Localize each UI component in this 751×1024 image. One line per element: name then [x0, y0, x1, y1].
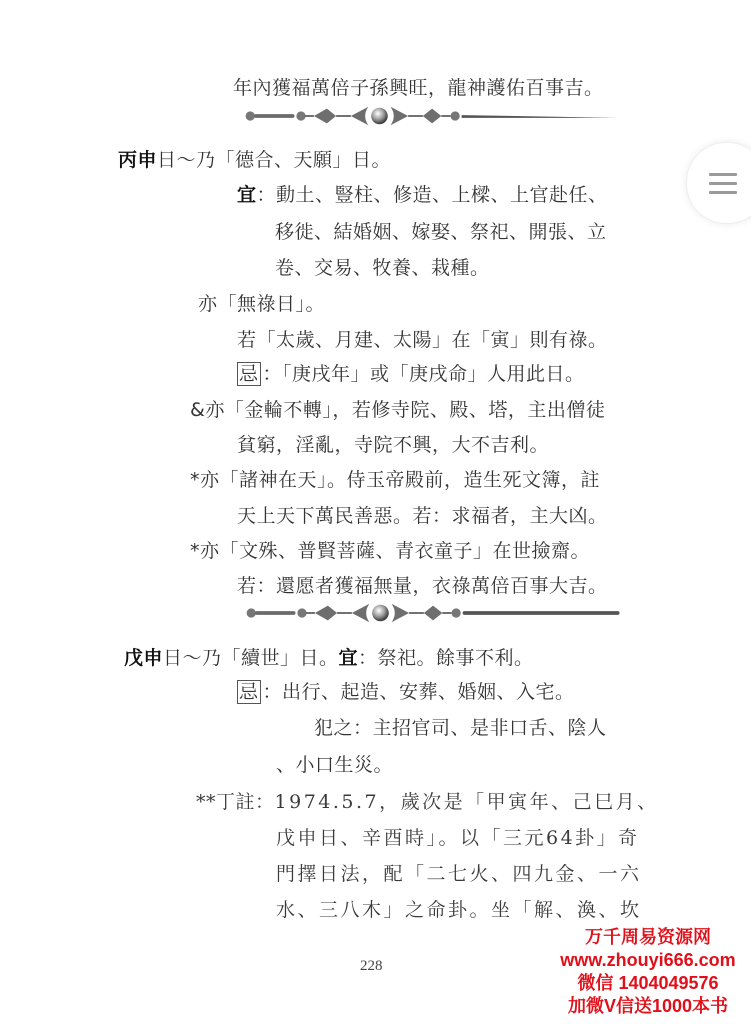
ornamental-divider-icon	[234, 601, 634, 625]
note-line-4: 水、三八木」之命卦。坐「解、渙、坎	[276, 898, 642, 922]
note-label: **丁註：	[196, 791, 275, 813]
also-line: 亦「無祿日」。	[198, 292, 325, 316]
ornamental-divider-icon	[228, 104, 638, 128]
yi-label: 宜	[339, 647, 359, 669]
amp-line-1: &亦「金輪不轉」，若修寺院、殿、塔，主出僧徒	[190, 398, 605, 422]
note-line-1: **丁註：1974.5.7，歲次是「甲寅年、己巳月、	[196, 790, 659, 814]
star1-line-2: 天上天下萬民善惡。若：求福者，主大凶。	[237, 504, 608, 528]
yi-label: 宜	[237, 184, 257, 206]
fan-line-2: 、小口生災。	[276, 753, 393, 777]
note-line-2: 戊申日、辛酉時」。以「三元64卦」奇	[276, 826, 640, 850]
yi-line-1: 宜：動土、豎柱、修造、上樑、上官赴任、	[237, 183, 608, 207]
yi-line-2: 移徙、結婚姻、嫁娶、祭祀、開張、立	[275, 220, 607, 244]
watermark-line: www.zhouyi666.com	[545, 949, 751, 972]
note-line-3: 門擇日法，配「二七火、四九金、一六	[276, 862, 642, 886]
ruo-line: 若「太歲、月建、太陽」在「寅」則有祿。	[237, 328, 608, 352]
heading-ganzhi: 丙申	[118, 149, 157, 171]
heading-text: 日～乃「續世」日。	[163, 647, 339, 669]
watermark-line: 微信 1404049576	[545, 972, 751, 995]
amp-line-2: 貧窮，淫亂，寺院不興，大不吉利。	[237, 433, 549, 457]
heading-ganzhi: 戊申	[124, 647, 163, 669]
note-text: 1974.5.7，歲次是「甲寅年、己巳月、	[275, 791, 659, 813]
section-heading-wushen: 戊申日～乃「續世」日。宜：祭祀。餘事不利。	[124, 646, 534, 670]
ji-text: ：出行、起造、安葬、婚姻、入宅。	[263, 681, 575, 703]
yi-text: ：動土、豎柱、修造、上樑、上官赴任、	[257, 184, 608, 206]
yi-text: ：祭祀。餘事不利。	[358, 647, 534, 669]
top-line: 年內獲福萬倍子孫興旺，龍神護佑百事吉。	[233, 76, 604, 100]
watermark: 万千周易资源网 www.zhouyi666.com 微信 1404049576 …	[545, 926, 751, 1018]
star2-line-2: 若：還愿者獲福無量，衣祿萬倍百事大吉。	[237, 574, 608, 598]
menu-button[interactable]	[686, 142, 751, 224]
ji-line: 忌：「庚戌年」或「庚戌命」人用此日。	[237, 362, 585, 386]
ji-label: 忌	[237, 362, 261, 386]
ji-label: 忌	[237, 680, 261, 704]
yi-line-3: 卷、交易、牧養、栽種。	[275, 256, 490, 280]
watermark-line: 加微V信送1000本书	[545, 995, 751, 1018]
star1-line-1: *亦「諸神在天」。侍玉帝殿前，造生死文簿，註	[190, 468, 600, 492]
fan-line-1: 犯之：主招官司、是非口舌、陰人	[314, 716, 607, 740]
watermark-line: 万千周易资源网	[545, 926, 751, 949]
star2-line-1: *亦「文殊、普賢菩薩、青衣童子」在世撿齋。	[190, 539, 590, 563]
ji-text: ：「庚戌年」或「庚戌命」人用此日。	[263, 363, 585, 385]
ji-line-2: 忌：出行、起造、安葬、婚姻、入宅。	[237, 680, 575, 704]
section-heading-bingshen: 丙申日～乃「德合、天願」日。	[118, 148, 391, 172]
heading-text: 日～乃「德合、天願」日。	[157, 149, 391, 171]
page-number: 228	[360, 958, 383, 975]
